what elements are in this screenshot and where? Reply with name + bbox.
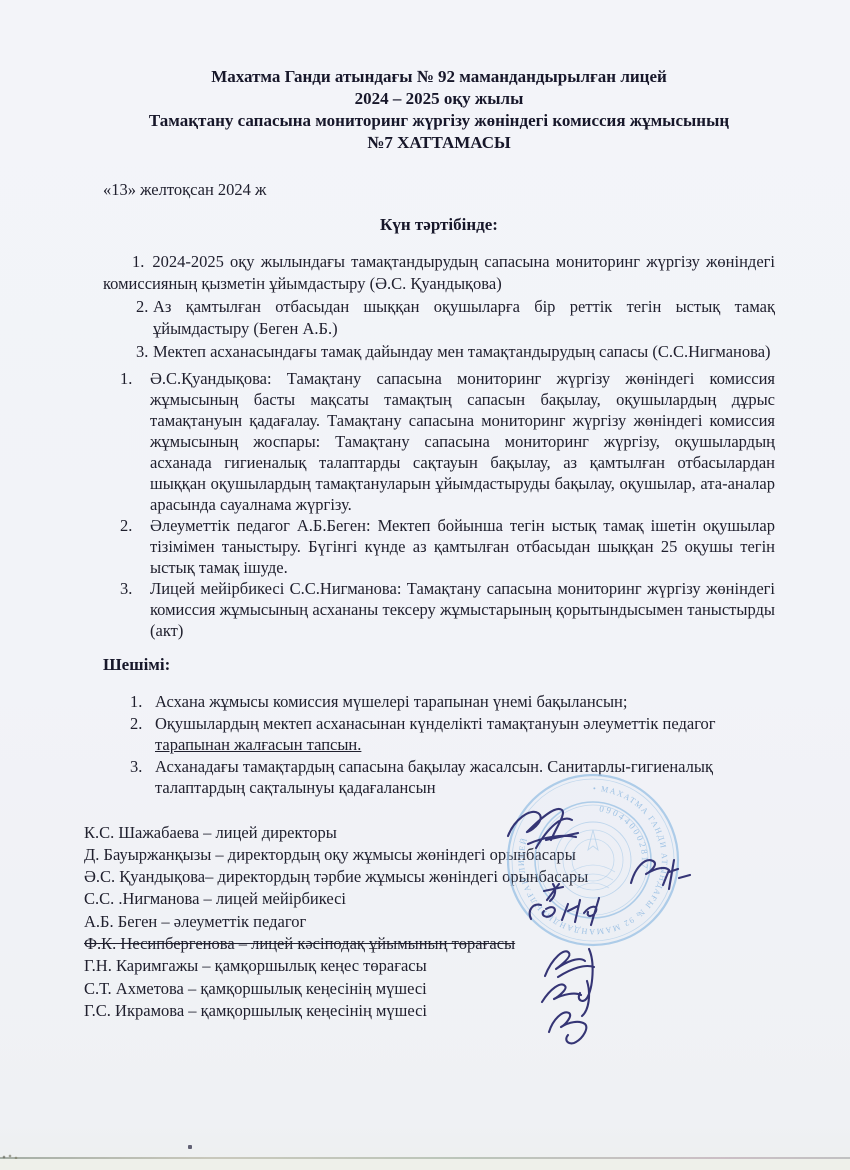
scan-corner-marks (1, 1152, 19, 1159)
agenda-item-text: Аз қамтылған отбасыдан шыққан оқушыларға… (153, 297, 775, 338)
title-line-3: Тамақтану сапасына мониторинг жүргізу жө… (103, 110, 775, 132)
title-line-2: 2024 – 2025 оқу жылы (103, 88, 775, 110)
decision-heading: Шешімі: (103, 655, 775, 675)
signer-line: С.С. .Нигманова – лицей мейірбикесі (84, 888, 775, 910)
speech-item-number: 2. (120, 515, 132, 536)
speech-item: 1. Ә.С.Қуандықова: Тамақтану сапасына мо… (103, 368, 775, 515)
speech-item: 3. Лицей мейірбикесі С.С.Нигманова: Тама… (103, 578, 775, 641)
scan-edge-strip (0, 1159, 850, 1170)
decision-list: 1. Асхана жұмысы комиссия мүшелері тарап… (103, 691, 775, 798)
scan-speck (188, 1145, 192, 1149)
title-line-4: №7 ХАТТАМАСЫ (103, 132, 775, 154)
scanned-document-page: Махатма Ганди атындағы № 92 мамандандыры… (0, 0, 850, 1170)
speech-item-text: Лицей мейірбикесі С.С.Нигманова: Тамақта… (150, 579, 775, 640)
signer-line: А.Б. Беген – әлеуметтік педагог (84, 911, 775, 933)
decision-item-number: 3. (130, 756, 142, 777)
agenda-item: 3. Мектеп асханасындағы тамақ дайындау м… (103, 341, 775, 363)
decision-item-number: 1. (130, 691, 142, 712)
speech-item-text: Әлеуметтік педагог А.Б.Беген: Мектеп бой… (150, 516, 775, 577)
agenda-item-text: Мектеп асханасындағы тамақ дайындау мен … (153, 342, 771, 361)
agenda-item: 2. Аз қамтылған отбасыдан шыққан оқушыла… (103, 296, 775, 339)
title-line-1: Махатма Ганди атындағы № 92 мамандандыры… (103, 66, 775, 88)
decision-item: 2. Оқушылардың мектеп асханасынан күндел… (103, 713, 775, 755)
agenda-list: 1.2024-2025 оқу жылындағы тамақтандыруды… (103, 251, 775, 363)
decision-item-text-underlined: тарапынан жалғасын тапсын. (155, 735, 361, 754)
signer-line: С.Т. Ахметова – қамқоршылық кеңесінің мү… (84, 978, 775, 1000)
speech-item: 2. Әлеуметтік педагог А.Б.Беген: Мектеп … (103, 515, 775, 578)
decision-item-text: Асхана жұмысы комиссия мүшелері тарапына… (155, 692, 627, 711)
agenda-item: 1.2024-2025 оқу жылындағы тамақтандыруды… (103, 251, 775, 294)
speech-item-number: 1. (120, 368, 132, 389)
signer-line-struck: Ф.К. Несипбергенова – лицей кәсіподақ ұй… (84, 933, 775, 955)
signer-line: Ә.С. Қуандықова– директордың тәрбие жұмы… (84, 866, 775, 888)
agenda-item-number: 1. (132, 252, 152, 271)
agenda-item-number: 2. (136, 296, 148, 318)
signer-line: Д. Бауыржанқызы – директордың оқу жұмысы… (84, 844, 775, 866)
agenda-heading: Күн тәртібінде: (103, 214, 775, 236)
signers-list: К.С. Шажабаева – лицей директоры Д. Бауы… (84, 822, 775, 1023)
agenda-item-number: 3. (136, 341, 148, 363)
speeches-list: 1. Ә.С.Қуандықова: Тамақтану сапасына мо… (103, 368, 775, 641)
signer-line: К.С. Шажабаева – лицей директоры (84, 822, 775, 844)
document-date: «13» желтоқсан 2024 ж (103, 180, 775, 200)
decision-item: 3. Асханадағы тамақтардың сапасына бақыл… (103, 756, 775, 798)
agenda-item-text: 2024-2025 оқу жылындағы тамақтандырудың … (103, 252, 775, 293)
decision-item-number: 2. (130, 713, 142, 734)
document-content: Махатма Ганди атындағы № 92 мамандандыры… (0, 0, 850, 1022)
decision-item: 1. Асхана жұмысы комиссия мүшелері тарап… (103, 691, 775, 712)
speech-item-text: Ә.С.Қуандықова: Тамақтану сапасына монит… (150, 369, 775, 514)
signer-line: Г.С. Икрамова – қамқоршылық кеңесінің мү… (84, 1000, 775, 1022)
speech-item-number: 3. (120, 578, 132, 599)
document-title: Махатма Ганди атындағы № 92 мамандандыры… (103, 66, 775, 154)
decision-item-text: Асханадағы тамақтардың сапасына бақылау … (155, 757, 713, 797)
decision-item-text: Оқушылардың мектеп асханасынан күнделікт… (155, 714, 716, 733)
signer-line: Г.Н. Каримгажы – қамқоршылық кеңес төрағ… (84, 955, 775, 977)
